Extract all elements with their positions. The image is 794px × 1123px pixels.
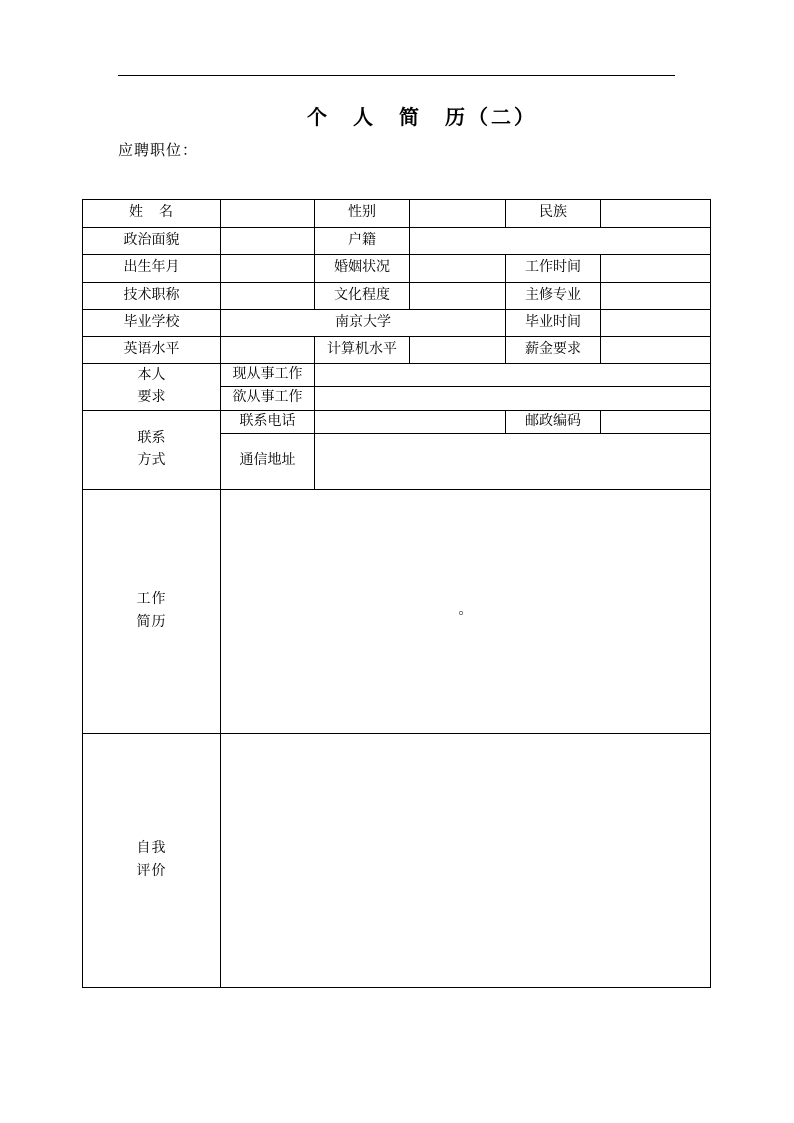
gender-value-cell[interactable] [410, 200, 506, 228]
resume-table: 姓 名 性别 民族 政治面貌 户籍 出生年月 婚姻状况 工作时间 [82, 199, 711, 988]
current-job-value-cell[interactable] [315, 364, 711, 387]
gender-label-cell: 性别 [315, 200, 410, 228]
english-level-label-cell: 英语水平 [83, 337, 221, 364]
education-level-label-cell: 文化程度 [315, 283, 410, 310]
household-label-cell: 户籍 [315, 228, 410, 255]
work-time-label-cell: 工作时间 [506, 255, 601, 283]
address-value-cell[interactable] [315, 434, 711, 490]
personal-requirements-label-cell: 本人 要求 [83, 364, 221, 411]
work-time-value-cell[interactable] [601, 255, 711, 283]
tech-title-value-cell[interactable] [221, 283, 315, 310]
education-level-value-cell[interactable] [410, 283, 506, 310]
postal-code-label-cell: 邮政编码 [506, 410, 601, 433]
desired-job-value-cell[interactable] [315, 387, 711, 410]
political-status-label-cell: 政治面貌 [83, 228, 221, 255]
graduate-school-label-cell: 毕业学校 [83, 310, 221, 337]
graduate-time-value-cell[interactable] [601, 310, 711, 337]
address-label-cell: 通信地址 [221, 434, 315, 490]
marital-status-label-cell: 婚姻状况 [315, 255, 410, 283]
computer-level-label-cell: 计算机水平 [315, 337, 410, 364]
self-evaluation-content-cell[interactable] [221, 734, 711, 988]
graduate-school-value-cell[interactable]: 南京大学 [221, 310, 506, 337]
postal-code-value-cell[interactable] [601, 410, 711, 433]
ethnicity-label-cell: 民族 [506, 200, 601, 228]
page-title: 个 人 简 历（二） [118, 101, 726, 130]
document-page: 个 人 简 历（二） 应聘职位： 姓 名 性别 民族 政治面貌 户籍 出 [0, 0, 794, 1123]
birth-date-value-cell[interactable] [221, 255, 315, 283]
self-evaluation-label-cell: 自我 评价 [83, 734, 221, 988]
contact-label-cell: 联系 方式 [83, 410, 221, 489]
phone-value-cell[interactable] [315, 410, 506, 433]
phone-label-cell: 联系电话 [221, 410, 315, 433]
political-status-value-cell[interactable] [221, 228, 315, 255]
name-value-cell[interactable] [221, 200, 315, 228]
marital-status-value-cell[interactable] [410, 255, 506, 283]
name-label-cell: 姓 名 [83, 200, 221, 228]
ethnicity-value-cell[interactable] [601, 200, 711, 228]
household-value-cell[interactable] [410, 228, 711, 255]
birth-date-label-cell: 出生年月 [83, 255, 221, 283]
header-divider [118, 75, 675, 76]
tech-title-label-cell: 技术职称 [83, 283, 221, 310]
english-level-value-cell[interactable] [221, 337, 315, 364]
work-history-content-cell[interactable]: 。 [221, 490, 711, 734]
graduate-time-label-cell: 毕业时间 [506, 310, 601, 337]
major-label-cell: 主修专业 [506, 283, 601, 310]
major-value-cell[interactable] [601, 283, 711, 310]
work-history-label-cell: 工作 简历 [83, 490, 221, 734]
computer-level-value-cell[interactable] [410, 337, 506, 364]
salary-value-cell[interactable] [601, 337, 711, 364]
desired-job-label-cell: 欲从事工作 [221, 387, 315, 410]
applied-position-label: 应聘职位： [118, 139, 198, 160]
current-job-label-cell: 现从事工作 [221, 364, 315, 387]
salary-label-cell: 薪金要求 [506, 337, 601, 364]
